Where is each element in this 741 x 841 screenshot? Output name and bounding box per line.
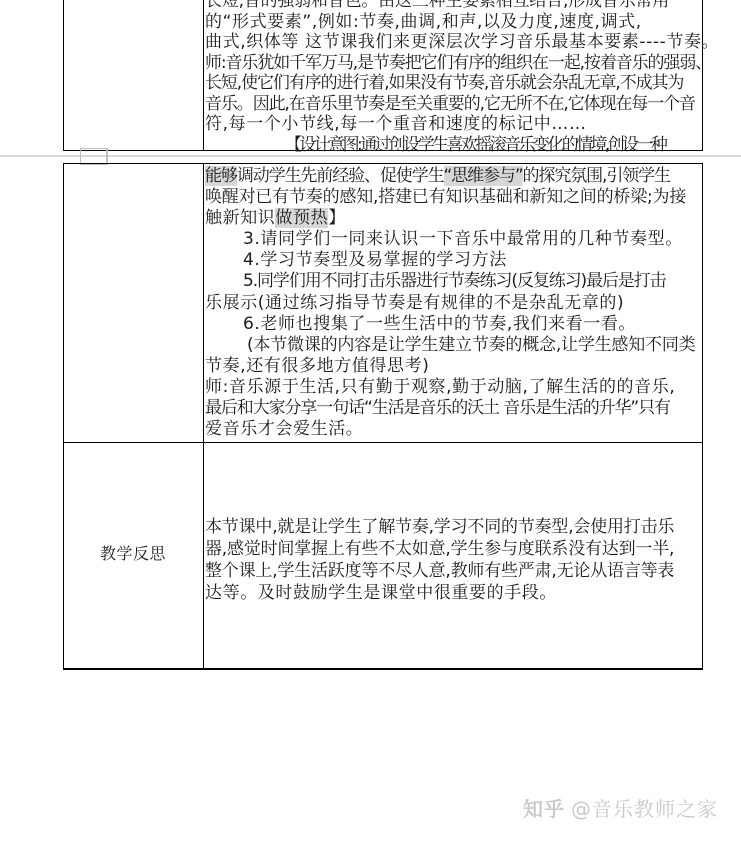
text-line: 能够调动学生先前经验、促使学生“思维参与”的探究氛围,引领学生: [205, 166, 705, 187]
text-segment: 爱音乐才会爱生活。: [205, 419, 363, 439]
reflection-row-label: 教学反思: [64, 541, 202, 564]
text-segment: 【设计意图:通过创设学生喜欢摇滚音乐变化的情境,创设一种: [285, 135, 665, 155]
text-line: 整个课上,学生活跃度等不尽人意,教师有些严肃,无论从语言等表: [205, 560, 705, 582]
text-segment: 本节课中,就是让学生了解节奏,学习不同的节奏型,会使用打击乐: [205, 517, 674, 537]
text-line: 的“形式要素”,例如:节奏,曲调,和声,以及力度,速度,调式,: [205, 12, 705, 33]
table-row-divider: [64, 442, 702, 443]
text-segment: 】: [328, 208, 346, 228]
text-segment: 乐展示(通过练习指导节奏是有规律的不是杂乱无章的): [205, 293, 624, 313]
text-line: 4.学习节奏型及易掌握的学习方法: [205, 250, 705, 271]
text-segment: 的“形式要素”,例如:节奏,曲调,和声,以及力度,速度,调式,: [205, 12, 642, 32]
text-line: 师:音乐犹如千军万马,是节奏把它们有序的组织在一起,按着音乐的强弱、: [205, 53, 705, 74]
highlighted-text: 做预热: [275, 208, 328, 228]
text-segment: 4.学习节奏型及易掌握的学习方法: [243, 250, 507, 270]
text-segment: 5.同学们用不同打击乐器进行节奏练习(反复练习)最后是打击: [243, 271, 666, 291]
lesson-content-page2: 能够调动学生先前经验、促使学生“思维参与”的探究氛围,引领学生唤醒对已有节奏的感…: [205, 166, 705, 440]
text-line: 音乐。因此,在音乐里节奏是至关重要的,它无所不在,它体现在每一个音: [205, 94, 705, 115]
table-column-divider: [203, 164, 204, 668]
text-segment: 节奏,还有很多地方值得思考): [205, 356, 429, 376]
text-line: 【设计意图:通过创设学生喜欢摇滚音乐变化的情境,创设一种: [205, 135, 705, 156]
text-segment: 触新知识: [205, 208, 275, 228]
text-segment: 曲式,织体等 这节课我们来更深层次学习音乐最基本要素----节奏。: [205, 32, 719, 52]
text-segment: 3.请同学们一同来认识一下音乐中最常用的几种节奏型。: [243, 229, 683, 249]
text-line: (本节微课的内容是让学生建立节奏的概念,让学生感知不同类: [205, 335, 705, 356]
text-line: 最后和大家分享一句话“生活是音乐的沃土 音乐是生活的升华”只有: [205, 398, 705, 419]
highlighted-text: “思维参与”: [444, 166, 523, 186]
text-segment: 师:音乐源于生活,只有勤于观察,勤于动脑,了解生活的的音乐,: [205, 377, 675, 397]
text-segment: 唤醒对已有节奏的感知,搭建已有知识基础和新知之间的桥梁;为接: [205, 187, 686, 207]
watermark-author-name: @音乐教师之家: [571, 797, 718, 821]
text-segment: 达等。及时鼓励学生是课堂中很重要的手段。: [205, 583, 557, 603]
text-line: 爱音乐才会爱生活。: [205, 419, 705, 440]
text-segment: 师:音乐犹如千军万马,是节奏把它们有序的组织在一起,按着音乐的强弱、: [205, 53, 711, 73]
text-line: 触新知识做预热】: [205, 208, 705, 229]
text-segment: 符,每一个小节线,每一个重音和速度的标记中……: [205, 114, 587, 134]
text-line: 曲式,织体等 这节课我们来更深层次学习音乐最基本要素----节奏。: [205, 32, 705, 53]
text-line: 乐展示(通过练习指导节奏是有规律的不是杂乱无章的): [205, 293, 705, 314]
text-segment: 长短,音的强弱和音色。由这三种主要素相互结合,形成音乐常用: [205, 0, 669, 11]
text-line: 长短,音的强弱和音色。由这三种主要素相互结合,形成音乐常用: [205, 0, 705, 12]
text-segment: (本节微课的内容是让学生建立节奏的概念,让学生感知不同类: [247, 335, 695, 355]
text-segment: 整个课上,学生活跃度等不尽人意,教师有些严肃,无论从语言等表: [205, 561, 674, 581]
text-line: 符,每一个小节线,每一个重音和速度的标记中……: [205, 114, 705, 135]
reflection-content: 本节课中,就是让学生了解节奏,学习不同的节奏型,会使用打击乐器,感觉时间掌握上有…: [205, 516, 705, 604]
text-line: 器,感觉时间掌握上有些不太如意,学生参与度联系没有达到一半,: [205, 538, 705, 560]
document-page: 长短,音的强弱和音色。由这三种主要素相互结合,形成音乐常用的“形式要素”,例如:…: [0, 0, 741, 841]
text-segment: 最后和大家分享一句话“生活是音乐的沃土 音乐是生活的升华”只有: [205, 398, 670, 418]
page-break-marker-tick: [106, 148, 107, 164]
lesson-content-page1: 长短,音的强弱和音色。由这三种主要素相互结合,形成音乐常用的“形式要素”,例如:…: [205, 0, 705, 155]
watermark-site-name: 知乎: [523, 797, 565, 821]
text-segment: 6.老师也搜集了一些生活中的节奏,我们来看一看。: [243, 314, 636, 334]
text-line: 唤醒对已有节奏的感知,搭建已有知识基础和新知之间的桥梁;为接: [205, 187, 705, 208]
text-line: 长短,使它们有序的进行着,如果没有节奏,音乐就会杂乱无章,不成其为: [205, 73, 705, 94]
text-line: 师:音乐源于生活,只有勤于观察,勤于动脑,了解生活的的音乐,: [205, 377, 705, 398]
text-segment: 器,感觉时间掌握上有些不太如意,学生参与度联系没有达到一半,: [205, 539, 674, 559]
text-line: 节奏,还有很多地方值得思考): [205, 356, 705, 377]
page-separator-line: [0, 155, 741, 157]
text-segment: 的探究氛围,引领学生: [523, 166, 670, 186]
table-column-divider: [203, 0, 204, 150]
text-line: 3.请同学们一同来认识一下音乐中最常用的几种节奏型。: [205, 229, 705, 250]
text-segment: 长短,使它们有序的进行着,如果没有节奏,音乐就会杂乱无章,不成其为: [205, 73, 683, 93]
text-line: 5.同学们用不同打击乐器进行节奏练习(反复练习)最后是打击: [205, 271, 705, 292]
zhihu-watermark: 知乎@音乐教师之家: [523, 793, 718, 822]
text-segment: 音乐。因此,在音乐里节奏是至关重要的,它无所不在,它体现在每一个音: [205, 94, 695, 114]
text-line: 达等。及时鼓励学生是课堂中很重要的手段。: [205, 582, 705, 604]
highlighted-text: 能够: [205, 166, 237, 186]
text-line: 6.老师也搜集了一些生活中的节奏,我们来看一看。: [205, 314, 705, 335]
text-segment: 调动学生先前经验、促使学生: [237, 166, 444, 186]
text-line: 本节课中,就是让学生了解节奏,学习不同的节奏型,会使用打击乐: [205, 516, 705, 538]
